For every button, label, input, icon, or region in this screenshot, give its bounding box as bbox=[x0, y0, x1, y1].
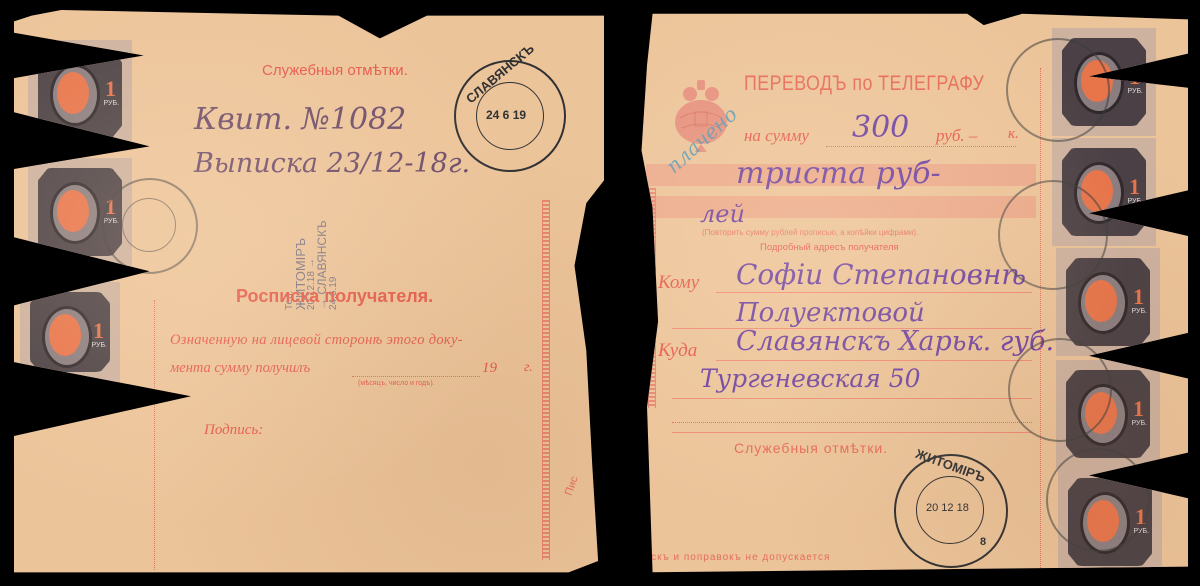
recipient-address-line1: Славянскъ Харьк. губ. bbox=[736, 326, 1054, 357]
address-rule bbox=[716, 292, 1032, 293]
year-prefix: 19 bbox=[482, 360, 497, 377]
stamp-currency: РУБ. bbox=[103, 100, 119, 107]
postage-stamp: 1 РУБ. bbox=[20, 282, 120, 382]
address-heading: Подробный адресъ получателя bbox=[760, 242, 899, 253]
stamp-currency: РУБ. bbox=[91, 342, 107, 349]
receipt-text-line1: Означенную на лицевой сторонѣ этого доку… bbox=[170, 332, 463, 349]
address-rule bbox=[716, 360, 1032, 361]
postmark-zhitomir: ЖИТОМІРЪ 20 12 18 8 bbox=[894, 454, 1008, 568]
recipient-address-line2: Тургеневская 50 bbox=[700, 364, 921, 393]
postmark-date: 20 12 18 bbox=[926, 502, 969, 514]
amount-words-line2: лей bbox=[700, 200, 745, 228]
stamp-currency: РУБ. bbox=[1131, 308, 1147, 315]
perforation-strip bbox=[542, 200, 550, 560]
address-rule bbox=[672, 398, 1032, 399]
postmark-slavyansk: СЛАВЯНСКЪ 24 6 19 bbox=[454, 60, 566, 172]
postmark-zhitomir-faint bbox=[1006, 38, 1110, 142]
year-suffix: г. bbox=[524, 360, 533, 376]
fold-line bbox=[1040, 68, 1041, 568]
address-rule bbox=[672, 432, 1032, 433]
form-title: ПЕРЕВОДЪ по ТЕЛЕГРАФУ bbox=[744, 72, 984, 96]
postmark-zhitomir-faint bbox=[102, 178, 198, 274]
amount-label: на сумму bbox=[744, 126, 809, 146]
to-label: Кому bbox=[658, 272, 699, 294]
footer-text: ... скъ и поправокъ не допускается bbox=[636, 552, 830, 563]
address-rule bbox=[672, 422, 1032, 423]
stamp-currency: РУБ. bbox=[1127, 198, 1143, 205]
handwritten-receipt-number: Квит. №1082 bbox=[194, 102, 406, 137]
stamp-value: 1 bbox=[105, 76, 116, 102]
postage-stamp: 1 РУБ. bbox=[28, 40, 132, 148]
receipt-sheet-left: Служебныя отмѣтки. Квит. №1082 Выписка 2… bbox=[14, 10, 604, 578]
stamp-value: 1 bbox=[93, 318, 104, 344]
postmark-date: 24 6 19 bbox=[486, 108, 526, 122]
signature-label: Подпись: bbox=[204, 422, 263, 439]
amount-line bbox=[826, 146, 1016, 147]
service-marks-heading: Служебныя отмѣтки. bbox=[734, 440, 888, 456]
transfer-form-right: ПЕРЕВОДЪ по ТЕЛЕГРАФУ на сумму 300 руб. … bbox=[636, 8, 1188, 578]
postmark-zhitomir-faint bbox=[998, 180, 1108, 290]
postmark-sub: 8 bbox=[980, 536, 986, 548]
recipient-name-line2: Полуектовой bbox=[736, 298, 925, 328]
stamp-value: 1 bbox=[1133, 284, 1144, 310]
amount-words-line1: триста руб- bbox=[736, 156, 941, 191]
handwritten-issue-date: Выписка 23/12-18г. bbox=[194, 148, 470, 179]
edge-text: Пис bbox=[563, 475, 581, 497]
receipt-text-line2: мента сумму получилъ bbox=[170, 360, 310, 377]
stamp-value: 1 bbox=[1129, 174, 1140, 200]
stamp-currency: РУБ. bbox=[1131, 420, 1147, 427]
receipt-title: Росписка получателя. bbox=[236, 286, 433, 307]
date-line bbox=[352, 376, 480, 377]
kop-label: к. bbox=[1008, 126, 1019, 143]
postmark-zhitomir-faint bbox=[1046, 448, 1150, 552]
service-marks-heading: Служебныя отмѣтки. bbox=[262, 62, 408, 79]
fold-line bbox=[154, 300, 155, 570]
stamp-value: 1 bbox=[1129, 64, 1140, 90]
date-caption: (мѣсяцъ, число и годъ). bbox=[358, 380, 435, 387]
stamp-currency: РУБ. bbox=[1127, 88, 1143, 95]
stamp-value: 1 bbox=[1133, 396, 1144, 422]
repeat-caption: (Повторить сумму рублей прописью, а копѣ… bbox=[702, 228, 918, 237]
where-label: Куда bbox=[658, 340, 697, 362]
postmark-zhitomir-faint bbox=[1008, 338, 1112, 442]
perforation-strip bbox=[648, 188, 656, 408]
recipient-name-line1: Софіи Степановнѣ bbox=[736, 258, 1026, 291]
amount-value: 300 bbox=[852, 110, 909, 145]
rub-label: руб. – bbox=[936, 126, 977, 146]
